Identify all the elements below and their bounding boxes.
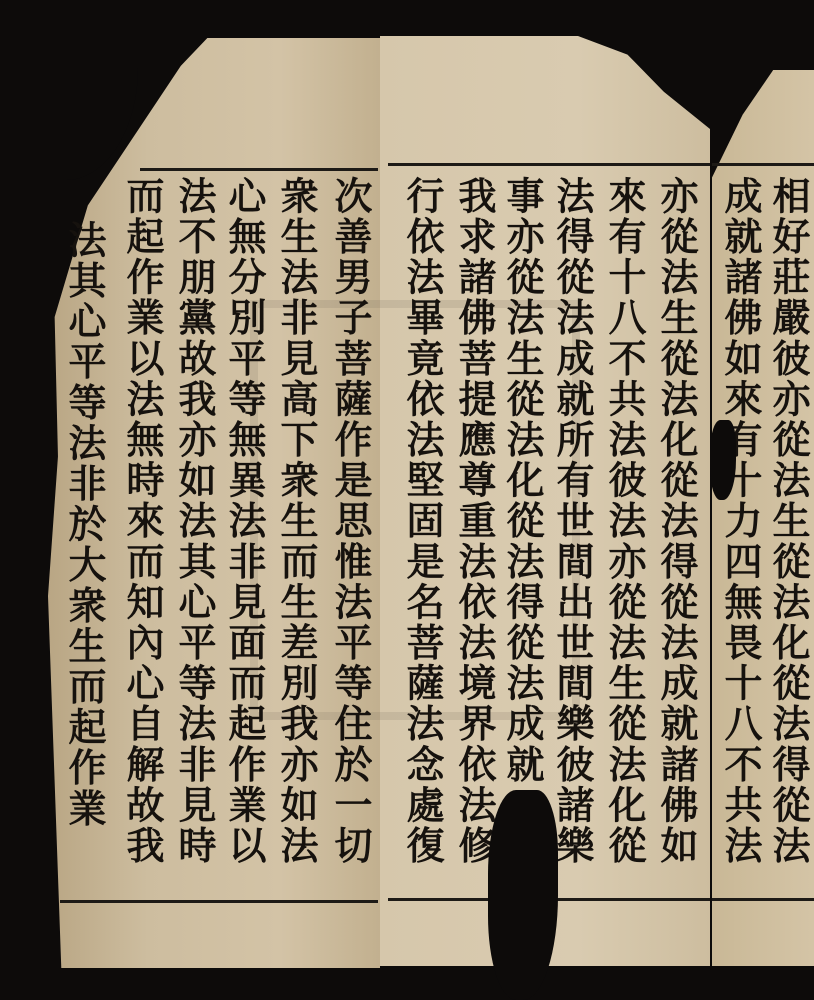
paper-hole: [488, 790, 558, 1000]
text-column: 來有十八不共法彼法亦從法生從法化從: [602, 176, 646, 866]
text-column: 事亦從法生從法化從法得從法成就: [500, 176, 544, 785]
left-top-rule: [140, 168, 378, 171]
right-bottom-rule: [712, 898, 814, 901]
text-column: 相好莊嚴彼亦從法生從法化從法得從法: [766, 176, 810, 866]
paper-tear: [710, 420, 736, 500]
text-column: 成就諸佛如來有十力四無畏十八不共法: [718, 176, 762, 866]
left-bottom-rule: [60, 900, 378, 903]
text-column: 法得從法成就所有世間出世間樂彼諸樂: [550, 176, 594, 866]
text-column: 法其心平等法非於大衆生而起作業: [62, 220, 106, 829]
text-column: 亦從法生從法化從法得從法成就諸佛如: [654, 176, 698, 866]
text-column: 心無分別平等無異法非見面而起作業以: [222, 176, 266, 866]
text-column: 我求諸佛菩提應尊重法依法境界依法修: [452, 176, 496, 866]
text-column: 次善男子菩薩作是思惟法平等住於一切: [328, 176, 372, 866]
text-column: 法不朋黨故我亦如法其心平等法非見時: [172, 176, 216, 866]
right-top-rule: [712, 163, 814, 166]
text-column: 行依法畢竟依法堅固是名菩薩法念處復: [400, 176, 444, 866]
text-column: 衆生法非見高下衆生而生差別我亦如法: [274, 176, 318, 866]
middle-top-rule: [388, 163, 710, 166]
text-column: 而起作業以法無時來而知內心自解故我: [120, 176, 164, 866]
